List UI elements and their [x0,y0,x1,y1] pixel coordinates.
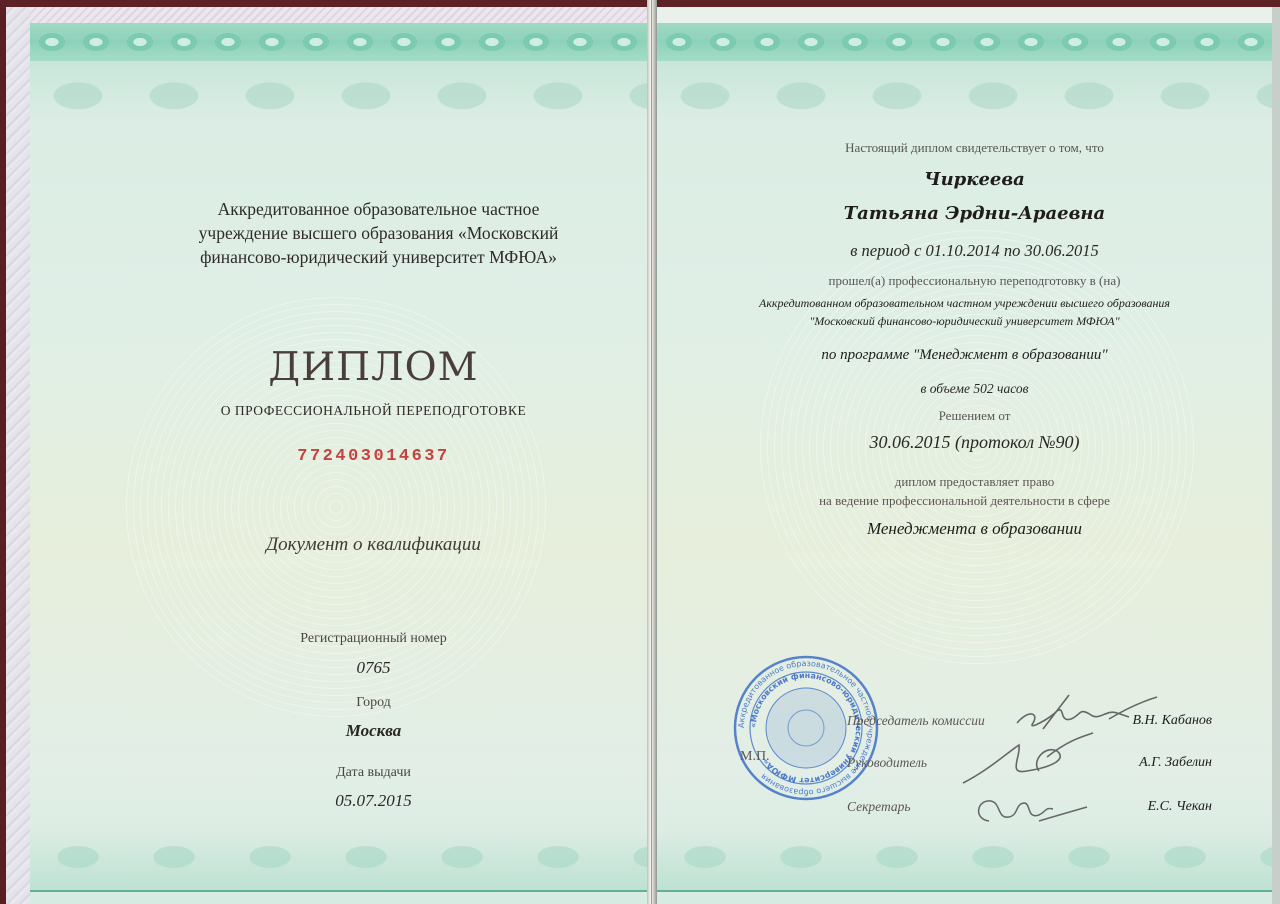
issue-date-label: Дата выдачи [180,765,567,781]
organization-line-2: "Московский финансово-юридический универ… [717,314,1212,329]
study-period: в период с 01.10.2014 по 30.06.2015 [737,241,1212,261]
right-page: Настоящий диплом свидетельствует о том, … [657,7,1280,904]
signature-role: Руководитель [847,755,927,771]
holder-surname: Чиркеева [737,169,1212,190]
organization-line-1: Аккредитованном образовательном частном … [697,296,1232,311]
institution-line-1: Аккредитованное образовательное частное [170,197,587,221]
issue-date-value: 05.07.2015 [180,791,567,811]
institution-line-2: учреждение высшего образования «Московск… [170,221,587,245]
document-title: ДИПЛОМ [180,345,567,390]
document-kind: Документ о квалификации [180,534,567,556]
institution-name: Аккредитованное образовательное частное … [170,197,587,269]
city-label: Город [180,695,567,711]
security-text-strip [6,7,30,904]
left-page: Аккредитованное образовательное частное … [6,7,647,904]
registration-number: 0765 [180,658,567,678]
serial-number: 772403014637 [180,447,567,466]
program-name: по программе "Менеджмент в образовании" [717,347,1212,364]
grants-right-line-2: на ведение профессиональной деятельности… [697,493,1232,509]
decision-label: Решением от [737,408,1212,424]
director-signature [957,731,1097,791]
signature-role: Секретарь [847,799,911,815]
signature-name: Е.С. Чекан [1148,799,1212,815]
right-edge [1272,7,1280,904]
registration-label: Регистрационный номер [180,631,567,647]
decision-date: 30.06.2015 (протокол №90) [737,432,1212,453]
holder-given-names: Татьяна Эрдни-Араевна [737,203,1212,224]
signature-role: Председатель комиссии [847,713,985,729]
binding-spine [647,0,657,904]
professional-sphere: Менеджмента в образовании [737,519,1212,539]
passed-text: прошел(а) профессиональную переподготовк… [737,273,1212,289]
certifies-intro: Настоящий диплом свидетельствует о том, … [737,140,1212,156]
grants-right-line-1: диплом предоставляет право [737,474,1212,490]
signature-name: А.Г. Забелин [1139,755,1212,771]
institution-line-3: финансово-юридический университет МФЮА» [170,245,587,269]
city-value: Москва [180,721,567,741]
signature-row-secretary: Секретарь Е.С. Чекан [657,799,1272,821]
document-subtitle: О ПРОФЕССИОНАЛЬНОЙ ПЕРЕПОДГОТОВКЕ [180,403,567,419]
secretary-signature [969,791,1089,831]
program-volume: в объеме 502 часов [737,381,1212,397]
